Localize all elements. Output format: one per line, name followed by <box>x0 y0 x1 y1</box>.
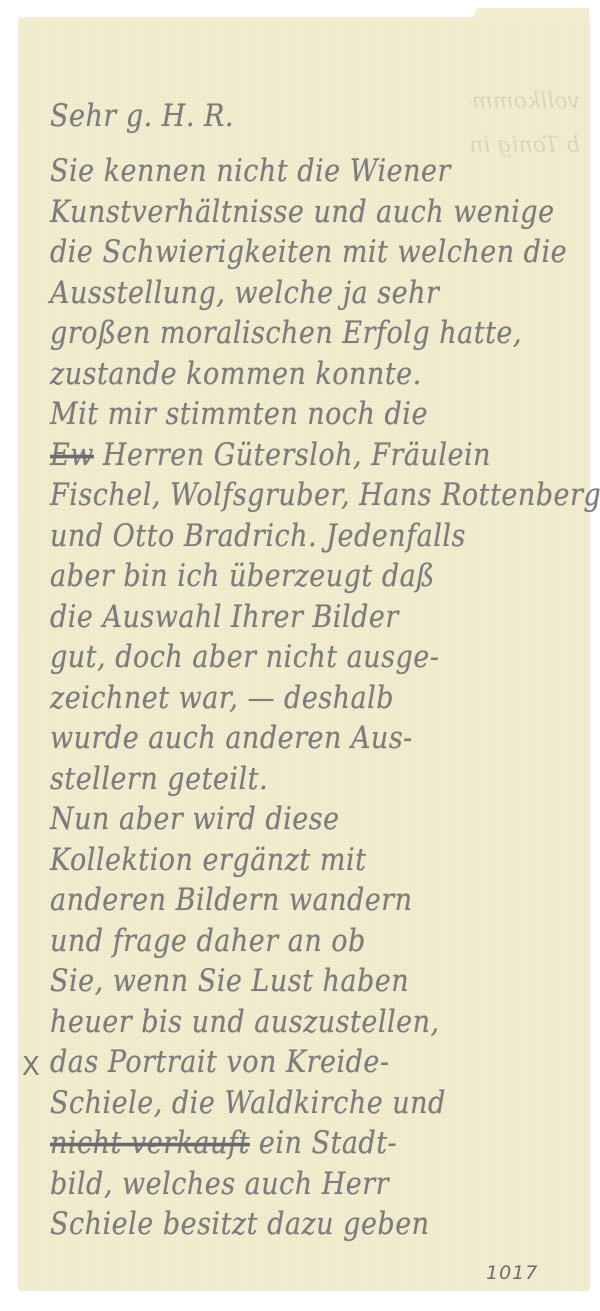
text-line: Sie kennen nicht die Wiener <box>50 149 570 196</box>
text-line: Fischel, Wolfsgruber, Hans Rottenberg <box>50 473 570 520</box>
text-line: anderen Bildern wandern <box>50 878 570 925</box>
text-line: die Schwierigkeiten mit welchen die <box>50 230 570 277</box>
text-line: das Portrait von Kreide- <box>50 1040 570 1087</box>
archive-number: 1017 <box>486 1262 538 1284</box>
struck-word: Ew <box>50 437 94 473</box>
text-line-with-strike: nicht verkauft ein Stadt- <box>50 1121 570 1168</box>
text-line: Herren Gütersloh, Fräulein <box>103 437 491 473</box>
text-line: wurde auch anderen Aus- <box>50 716 570 763</box>
handwritten-text: Sehr g. H. R. Sie kennen nicht die Wiene… <box>50 98 570 1246</box>
text-line: Schiele besitzt dazu geben <box>50 1202 570 1249</box>
text-line: aber bin ich überzeugt daß <box>50 554 570 601</box>
text-line: großen moralischen Erfolg hatte, <box>50 311 570 358</box>
text-line: Mit mir stimmten noch die <box>50 392 570 439</box>
paper-torn-edge <box>472 8 589 22</box>
text-line: gut, doch aber nicht ausge- <box>50 635 570 682</box>
text-line: Sie, wenn Sie Lust haben <box>50 959 570 1006</box>
greeting: Sehr g. H. R. <box>50 94 570 156</box>
text-line: ein Stadt- <box>259 1126 397 1162</box>
margin-x-mark: X <box>22 1052 40 1082</box>
text-line: Nun aber wird diese <box>50 797 570 844</box>
struck-phrase: nicht verkauft <box>50 1126 250 1162</box>
